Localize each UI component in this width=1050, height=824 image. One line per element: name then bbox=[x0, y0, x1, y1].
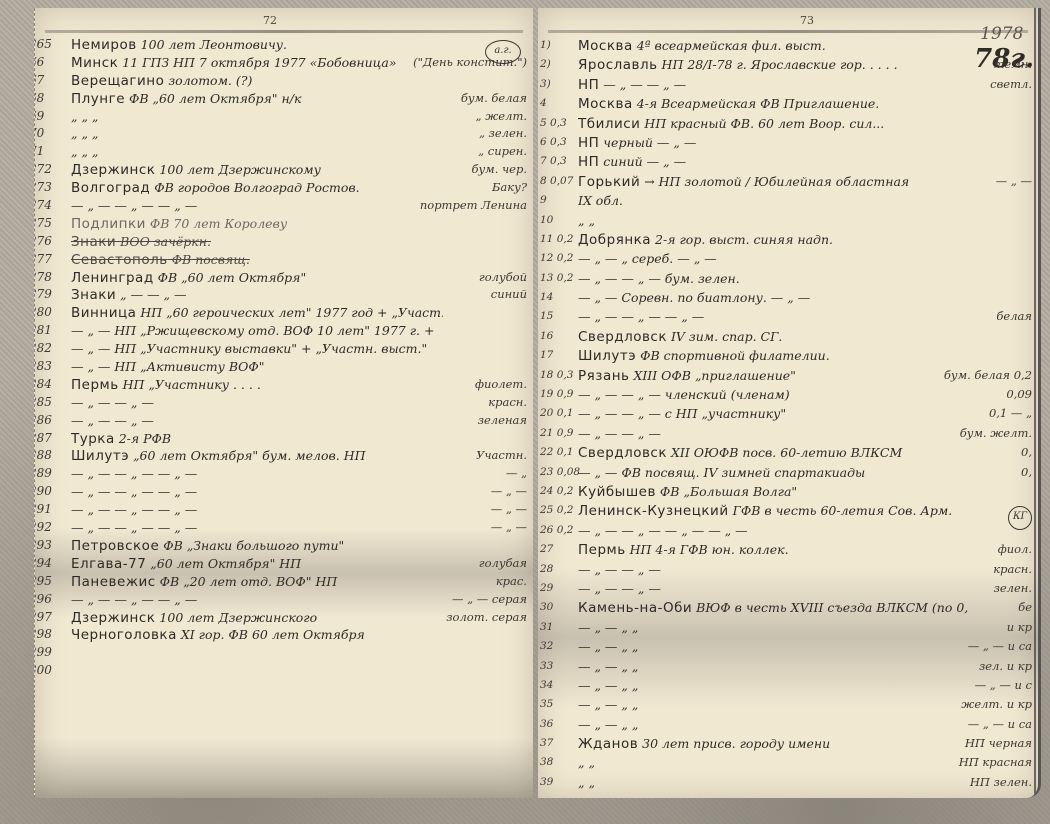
row-text: — „ — — „ — — „ — bbox=[71, 483, 443, 501]
row-text: НП — „ — — „ — bbox=[578, 75, 968, 95]
ledger-row: 280Винница НП „60 героических лет" 1977 … bbox=[59, 304, 533, 322]
row-number: 291 bbox=[34, 501, 69, 519]
row-text: — „ — НП „Активисту ВОФ" bbox=[71, 358, 443, 376]
row-number: 283 bbox=[34, 358, 69, 376]
row-text: — „ — — „ — bbox=[578, 579, 968, 598]
ledger-row: 297Дзержинск 100 лет Дзержинскогозолот. … bbox=[59, 609, 533, 627]
ledger-row: 276Знаки ВОО зачёркн. bbox=[59, 233, 533, 251]
row-number: 15 bbox=[540, 307, 578, 326]
row-number: 284 bbox=[34, 376, 69, 394]
row-text: Ярославль НП 28/I-78 г. Ярославские гор.… bbox=[578, 55, 968, 75]
row-note: Баку? bbox=[492, 179, 527, 197]
row-text: Плунге ФВ „60 лет Октября" н/к bbox=[71, 90, 443, 109]
row-number: 285 bbox=[34, 394, 69, 412]
row-note: „ сирен. bbox=[478, 143, 527, 161]
row-note: бе bbox=[1018, 598, 1032, 617]
row-text: Горький → НП золотой / Юбилейная областн… bbox=[578, 172, 968, 192]
row-note: — „ — bbox=[491, 501, 527, 519]
row-note: — „ — и с bbox=[975, 676, 1032, 695]
right-page: 73 1978 78г. КГ 1)Москва 4ª всеармейская… bbox=[538, 8, 1041, 798]
ledger-row: 1)Москва 4ª всеармейская фил. выст. bbox=[538, 36, 1038, 55]
row-text: Петровское ФВ „Знаки большого пути" bbox=[71, 537, 443, 556]
row-text: Подлипки ФВ 70 лет Королеву bbox=[71, 215, 443, 234]
row-note: белая bbox=[996, 307, 1032, 326]
row-text: Знаки ВОО зачёркн. bbox=[71, 233, 443, 252]
row-note: — „ bbox=[506, 465, 527, 483]
ledger-row: 298Черноголовка XI гор. ФВ 60 лет Октябр… bbox=[59, 626, 533, 644]
row-number: 293 bbox=[34, 537, 69, 555]
ledger-row: 17Шилутэ ФВ спортивной филателии. bbox=[538, 346, 1038, 365]
row-number: 4 bbox=[540, 94, 578, 113]
row-number: 286 bbox=[34, 412, 69, 430]
ledger-row: 38„ „НП красная bbox=[538, 753, 1038, 772]
row-text: Винница НП „60 героических лет" 1977 год… bbox=[71, 304, 443, 323]
row-text: Елгава-77 „60 лет Октября" НП bbox=[71, 555, 443, 574]
row-note: зеленая bbox=[478, 412, 527, 430]
row-number: 294 bbox=[34, 555, 69, 573]
row-number: 67 bbox=[34, 72, 69, 90]
row-note: НП красная bbox=[959, 753, 1032, 772]
row-number: 33 bbox=[540, 657, 578, 676]
row-number: 8 0,07 bbox=[540, 172, 578, 191]
row-number: 10 bbox=[540, 211, 578, 230]
row-note: НП черная bbox=[965, 734, 1032, 753]
row-number: 20 0,1 bbox=[540, 404, 578, 423]
row-number: 273 bbox=[34, 179, 69, 197]
row-text: — „ — „ сереб. — „ — bbox=[578, 249, 968, 268]
row-note: — „ — bbox=[491, 519, 527, 537]
ledger-row: 27Пермь НП 4-я ГФВ юн. коллек.фиол. bbox=[538, 540, 1038, 559]
ledger-row: 4Москва 4-я Всеармейская ФВ Приглашение. bbox=[538, 94, 1038, 113]
row-number: 14 bbox=[540, 288, 578, 307]
row-number: 68 bbox=[34, 90, 69, 108]
row-note: бум. чер. bbox=[471, 161, 527, 179]
row-note: 0, bbox=[1021, 443, 1032, 462]
row-text: — „ — Соревн. по биатлону. — „ — bbox=[578, 288, 968, 307]
ledger-row: 292— „ — — „ — — „ —— „ — bbox=[59, 519, 533, 537]
ledger-row: 274— „ — — „ — — „ —портрет Ленина bbox=[59, 197, 533, 215]
row-number: 28 bbox=[540, 560, 578, 579]
row-text: Камень-на-Оби ВЮФ в честь XVIII съезда В… bbox=[578, 598, 968, 618]
ledger-row: 6 0,3НП черный — „ — bbox=[538, 133, 1038, 152]
row-text: — „ — — „ — — „ — bbox=[71, 501, 443, 519]
ledger-row: 37Жданов 30 лет присв. городу имениНП че… bbox=[538, 734, 1038, 753]
row-note: — „ — bbox=[996, 172, 1032, 191]
ledger-row: 277Севастополь ФВ посвящ. bbox=[59, 251, 533, 269]
row-number: 289 bbox=[34, 465, 69, 483]
row-text: Москва 4ª всеармейская фил. выст. bbox=[578, 36, 968, 56]
row-text: — „ — — „ — bbox=[71, 412, 443, 430]
ledger-row: 10„ „ bbox=[538, 211, 1038, 230]
row-text: Дзержинск 100 лет Дзержинскому bbox=[71, 161, 443, 180]
row-number: 278 bbox=[34, 269, 69, 287]
ledger-row: 278Ленинград ФВ „60 лет Октября"голубой bbox=[59, 269, 533, 287]
ledger-row: 272Дзержинск 100 лет Дзержинскомубум. че… bbox=[59, 161, 533, 179]
row-text: — „ — ФВ посвящ. IV зимней спартакиады bbox=[578, 463, 968, 482]
row-number: 274 bbox=[34, 197, 69, 215]
ledger-row: 12 0,2— „ — „ сереб. — „ — bbox=[538, 249, 1038, 268]
row-text: НП черный — „ — bbox=[578, 133, 968, 153]
row-text: Шилутэ ФВ спортивной филателии. bbox=[578, 346, 968, 366]
row-number: 12 0,2 bbox=[540, 249, 578, 268]
row-number: 295 bbox=[34, 573, 69, 591]
row-number: 7 0,3 bbox=[540, 152, 578, 171]
ledger-row: 2)Ярославль НП 28/I-78 г. Ярославские го… bbox=[538, 55, 1038, 74]
row-text: Жданов 30 лет присв. городу имени bbox=[578, 734, 968, 754]
row-note: зелен. bbox=[994, 579, 1032, 598]
row-note: 0, bbox=[1021, 463, 1032, 482]
row-note: бум. желт. bbox=[960, 424, 1032, 443]
row-text: — „ — „ „ bbox=[578, 657, 968, 676]
row-number: 298 bbox=[34, 626, 69, 644]
top-rule bbox=[548, 30, 1028, 33]
row-text: „ „ bbox=[578, 211, 968, 230]
ledger-row: 289— „ — — „ — — „ —— „ bbox=[59, 465, 533, 483]
row-text: „ „ „ bbox=[71, 143, 443, 161]
row-note: 0,1 — „ bbox=[989, 404, 1032, 423]
row-text: — „ — — „ — членский (членам) bbox=[578, 385, 968, 404]
ledger-row: 67Верещагино золотом. (?) bbox=[59, 72, 533, 90]
ledger-row: 7 0,3НП синий — „ — bbox=[538, 152, 1038, 171]
row-note: „ зелен. bbox=[479, 125, 527, 143]
row-number: 5 0,3 bbox=[540, 114, 578, 133]
row-number: 21 0,9 bbox=[540, 424, 578, 443]
row-number: 265 bbox=[34, 36, 69, 54]
ledger-row: 283— „ — НП „Активисту ВОФ" bbox=[59, 358, 533, 376]
row-number: 37 bbox=[540, 734, 578, 753]
row-text: Добрянка 2-я гор. выст. синяя надп. bbox=[578, 230, 968, 250]
row-text: Минск 11 ГПЗ НП 7 октября 1977 «Бобовниц… bbox=[71, 54, 443, 73]
ledger-row: 8 0,07Горький → НП золотой / Юбилейная о… bbox=[538, 172, 1038, 191]
row-text: Ленинград ФВ „60 лет Октября" bbox=[71, 269, 443, 288]
row-number: 300 bbox=[34, 662, 69, 680]
row-number: 1) bbox=[540, 36, 578, 55]
row-note: — „ — и са bbox=[968, 637, 1032, 656]
row-note: и кр bbox=[1007, 618, 1032, 637]
row-number: 277 bbox=[34, 251, 69, 269]
row-number: 71 bbox=[34, 143, 69, 161]
row-number: 31 bbox=[540, 618, 578, 637]
page-number: 72 bbox=[263, 14, 277, 27]
row-text: Рязань XIII ОФВ „приглашение" bbox=[578, 366, 968, 386]
ledger-row: 14— „ — Соревн. по биатлону. — „ — bbox=[538, 288, 1038, 307]
ledger-row: 39„ „НП зелен. bbox=[538, 773, 1038, 792]
row-text: Свердловск IV зим. спар. СГ. bbox=[578, 327, 968, 347]
row-number: 29 bbox=[540, 579, 578, 598]
ledger-row: 286— „ — — „ —зеленая bbox=[59, 412, 533, 430]
ledger-row: 299 bbox=[59, 644, 533, 662]
row-number: 275 bbox=[34, 215, 69, 233]
row-number: 23 0,08 bbox=[540, 463, 578, 482]
ledger-row: 23 0,08— „ — ФВ посвящ. IV зимней спарта… bbox=[538, 463, 1038, 482]
row-number: 69 bbox=[34, 108, 69, 126]
row-number: 19 0,9 bbox=[540, 385, 578, 404]
ledger-row: 294Елгава-77 „60 лет Октября" НПголубая bbox=[59, 555, 533, 573]
ledger-row: 15— „ — — „ — — „ —белая bbox=[538, 307, 1038, 326]
row-note: бум. белая bbox=[461, 90, 527, 108]
row-number: 3) bbox=[540, 75, 578, 94]
row-number: 26 0,2 bbox=[540, 521, 578, 540]
row-text: „ „ „ bbox=[71, 108, 443, 126]
ledger-row: 71„ „ „„ сирен. bbox=[59, 143, 533, 161]
ledger-row: 5 0,3Тбилиси НП красный ФВ. 60 лет Воор.… bbox=[538, 114, 1038, 133]
row-note: „ желт. bbox=[476, 108, 527, 126]
row-text: — „ — — „ — бум. зелен. bbox=[578, 269, 968, 288]
top-rule bbox=[45, 30, 523, 33]
row-number: 6 0,3 bbox=[540, 133, 578, 152]
row-text: — „ — — „ — bbox=[578, 424, 968, 443]
row-number: 39 bbox=[540, 773, 578, 792]
row-number: 36 bbox=[540, 715, 578, 734]
ledger-row: 35— „ — „ „желт. и кр bbox=[538, 695, 1038, 714]
scan-shadow bbox=[35, 738, 533, 798]
row-number: 38 bbox=[540, 753, 578, 772]
row-note: бум. белая 0,2 bbox=[944, 366, 1032, 385]
ledger-row: 30Камень-на-Оби ВЮФ в честь XVIII съезда… bbox=[538, 598, 1038, 617]
row-text: — „ — — „ — — „ — — „ — bbox=[578, 521, 968, 540]
row-note: красн. bbox=[993, 560, 1032, 579]
row-note: крас. bbox=[496, 573, 527, 591]
row-note: фиол. bbox=[998, 540, 1032, 559]
ledger-row: 29— „ — — „ —зелен. bbox=[538, 579, 1038, 598]
row-note: красн. bbox=[488, 394, 527, 412]
ledger-row: 70„ „ „„ зелен. bbox=[59, 125, 533, 143]
ledger-row: 300 bbox=[59, 662, 533, 680]
ledger-row: 11 0,2Добрянка 2-я гор. выст. синяя надп… bbox=[538, 230, 1038, 249]
row-text: Москва 4-я Всеармейская ФВ Приглашение. bbox=[578, 94, 968, 114]
ledger-row: 31— „ — „ „и кр bbox=[538, 618, 1038, 637]
row-note: светл. bbox=[990, 75, 1032, 94]
row-text: Шилутэ „60 лет Октября" бум. мелов. НП bbox=[71, 447, 443, 466]
ledger-row: 285— „ — — „ —красн. bbox=[59, 394, 533, 412]
row-number: 287 bbox=[34, 430, 69, 448]
ledger-row: 68Плунге ФВ „60 лет Октября" н/кбум. бел… bbox=[59, 90, 533, 108]
row-text: — „ — — „ — — „ — bbox=[71, 519, 443, 537]
ledger-row: 287Турка 2-я РФВ bbox=[59, 430, 533, 448]
ledger-row: 9IX обл. bbox=[538, 191, 1038, 210]
row-text: Свердловск XII ОЮФВ посв. 60-летию ВЛКСМ bbox=[578, 443, 968, 463]
ledger-row: 288Шилутэ „60 лет Октября" бум. мелов. Н… bbox=[59, 447, 533, 465]
row-note: темн. bbox=[994, 55, 1032, 74]
row-number: 13 0,2 bbox=[540, 269, 578, 288]
ledger-row: 34— „ — „ „— „ — и с bbox=[538, 676, 1038, 695]
row-number: 290 bbox=[34, 483, 69, 501]
row-text: — „ — — „ — bbox=[578, 560, 968, 579]
ledger-row: 281— „ — НП „Ржищевскому отд. ВОФ 10 лет… bbox=[59, 322, 533, 340]
row-number: 11 0,2 bbox=[540, 230, 578, 249]
page-number: 73 bbox=[800, 14, 814, 27]
row-number: 280 bbox=[34, 304, 69, 322]
row-number: 32 bbox=[540, 637, 578, 656]
ledger-row: 265Немиров 100 лет Леонтовичу. bbox=[59, 36, 533, 54]
row-number: 279 bbox=[34, 286, 69, 304]
row-number: 281 bbox=[34, 322, 69, 340]
row-number: 2) bbox=[540, 55, 578, 74]
row-number: 272 bbox=[34, 161, 69, 179]
row-note: портрет Ленина bbox=[420, 197, 527, 215]
row-note: — „ — и са bbox=[968, 715, 1032, 734]
row-text: Черноголовка XI гор. ФВ 60 лет Октября bbox=[71, 626, 443, 645]
row-number: 9 bbox=[540, 191, 578, 210]
row-text: „ „ „ bbox=[71, 125, 443, 143]
row-number: 30 bbox=[540, 598, 578, 617]
row-text: — „ — — „ — с НП „участнику" bbox=[578, 404, 968, 423]
row-number: 297 bbox=[34, 609, 69, 627]
ledger-row: 19 0,9— „ — — „ — членский (членам)0,09 bbox=[538, 385, 1038, 404]
row-text: Знаки „ — — „ — bbox=[71, 286, 443, 305]
row-note: ("День констит.") bbox=[413, 54, 527, 72]
row-text: — „ — „ „ bbox=[578, 676, 968, 695]
ledger-row: 279Знаки „ — — „ —синий bbox=[59, 286, 533, 304]
row-note: голубой bbox=[479, 269, 527, 287]
row-note: Участн. bbox=[476, 447, 527, 465]
row-note: — „ — серая bbox=[452, 591, 527, 609]
row-text: Пермь НП 4-я ГФВ юн. коллек. bbox=[578, 540, 968, 560]
ledger-row: 33— „ — „ „зел. и кр bbox=[538, 657, 1038, 676]
ledger-row: 66Минск 11 ГПЗ НП 7 октября 1977 «Бобовн… bbox=[59, 54, 533, 72]
row-note: голубая bbox=[479, 555, 527, 573]
ledger-row: 273Волгоград ФВ городов Волгоград Ростов… bbox=[59, 179, 533, 197]
ledger-row: 284Пермь НП „Участнику . . . .фиолет. bbox=[59, 376, 533, 394]
row-text: Ленинск-Кузнецкий ГФВ в честь 60-летия С… bbox=[578, 501, 968, 521]
ledger-row: 28— „ — — „ —красн. bbox=[538, 560, 1038, 579]
row-text: — „ — НП „Участнику выставки" + „Участн.… bbox=[71, 340, 443, 358]
row-text: „ „ bbox=[578, 773, 968, 792]
row-note: фиолет. bbox=[475, 376, 527, 394]
row-number: 296 bbox=[34, 591, 69, 609]
row-number: 18 0,3 bbox=[540, 366, 578, 385]
row-text: — „ — „ „ bbox=[578, 695, 968, 714]
row-text: Куйбышев ФВ „Большая Волга" bbox=[578, 482, 968, 502]
ledger-row: 290— „ — — „ — — „ —— „ — bbox=[59, 483, 533, 501]
row-text: — „ — НП „Ржищевскому отд. ВОФ 10 лет" 1… bbox=[71, 322, 443, 340]
ledger-row: 291— „ — — „ — — „ —— „ — bbox=[59, 501, 533, 519]
row-number: 276 bbox=[34, 233, 69, 251]
ledger-row: 3)НП — „ — — „ —светл. bbox=[538, 75, 1038, 94]
row-note: золот. серая bbox=[446, 609, 527, 627]
row-text: — „ — — „ — — „ — bbox=[71, 591, 443, 609]
ledger-row: 20 0,1— „ — — „ — с НП „участнику"0,1 — … bbox=[538, 404, 1038, 423]
ledger-row: 295Паневежис ФВ „20 лет отд. ВОФ" НПкрас… bbox=[59, 573, 533, 591]
row-text: НП синий — „ — bbox=[578, 152, 968, 172]
row-number: 66 bbox=[34, 54, 69, 72]
row-text: — „ — „ „ bbox=[578, 618, 968, 637]
row-text: — „ — „ „ bbox=[578, 637, 968, 656]
row-number: 288 bbox=[34, 447, 69, 465]
row-text: Пермь НП „Участнику . . . . bbox=[71, 376, 443, 395]
row-text: — „ — — „ — — „ — bbox=[71, 465, 443, 483]
row-number: 24 0,2 bbox=[540, 482, 578, 501]
row-number: 34 bbox=[540, 676, 578, 695]
ledger-row: 22 0,1Свердловск XII ОЮФВ посв. 60-летию… bbox=[538, 443, 1038, 462]
ledger-row: 26 0,2— „ — — „ — — „ — — „ — bbox=[538, 521, 1038, 540]
row-note: синий bbox=[491, 286, 527, 304]
row-number: 25 0,2 bbox=[540, 501, 578, 520]
ledger-row: 13 0,2— „ — — „ — бум. зелен. bbox=[538, 269, 1038, 288]
row-text: — „ — „ „ bbox=[578, 715, 968, 734]
row-text: IX обл. bbox=[578, 191, 968, 210]
row-note: — „ — bbox=[491, 483, 527, 501]
ledger-row: 18 0,3Рязань XIII ОФВ „приглашение"бум. … bbox=[538, 366, 1038, 385]
row-number: 27 bbox=[540, 540, 578, 559]
row-number: 35 bbox=[540, 695, 578, 714]
row-number: 22 0,1 bbox=[540, 443, 578, 462]
row-text: — „ — — „ — — „ — bbox=[578, 307, 968, 326]
row-number: 17 bbox=[540, 346, 578, 365]
row-note: зел. и кр bbox=[979, 657, 1032, 676]
ledger-row: 16Свердловск IV зим. спар. СГ. bbox=[538, 327, 1038, 346]
row-text: Волгоград ФВ городов Волгоград Ростов. bbox=[71, 179, 443, 198]
row-text: Верещагино золотом. (?) bbox=[71, 72, 443, 91]
row-number: 70 bbox=[34, 125, 69, 143]
row-text: Паневежис ФВ „20 лет отд. ВОФ" НП bbox=[71, 573, 443, 592]
row-number: 299 bbox=[34, 644, 69, 662]
ledger-row: 275Подлипки ФВ 70 лет Королеву bbox=[59, 215, 533, 233]
row-text: — „ — — „ — bbox=[71, 394, 443, 412]
ledger-row: 296— „ — — „ — — „ —— „ — серая bbox=[59, 591, 533, 609]
row-note: желт. и кр bbox=[961, 695, 1032, 714]
row-number: 282 bbox=[34, 340, 69, 358]
row-text: Дзержинск 100 лет Дзержинского bbox=[71, 609, 443, 628]
row-text: — „ — — „ — — „ — bbox=[71, 197, 443, 215]
row-text: Турка 2-я РФВ bbox=[71, 430, 443, 449]
ledger-row: 293Петровское ФВ „Знаки большого пути" bbox=[59, 537, 533, 555]
left-page: 72 а.г. 265Немиров 100 лет Леонтовичу.66… bbox=[34, 8, 533, 798]
ledger-row: 25 0,2Ленинск-Кузнецкий ГФВ в честь 60-л… bbox=[538, 501, 1038, 520]
row-text: Севастополь ФВ посвящ. bbox=[71, 251, 443, 270]
row-text: Немиров 100 лет Леонтовичу. bbox=[71, 36, 443, 55]
ledger-row: 282— „ — НП „Участнику выставки" + „Учас… bbox=[59, 340, 533, 358]
row-number: 292 bbox=[34, 519, 69, 537]
ledger-row: 24 0,2Куйбышев ФВ „Большая Волга" bbox=[538, 482, 1038, 501]
row-note: НП зелен. bbox=[970, 773, 1032, 792]
row-text: Тбилиси НП красный ФВ. 60 лет Воор. сил.… bbox=[578, 114, 968, 134]
ledger-rows: 265Немиров 100 лет Леонтовичу.66Минск 11… bbox=[59, 36, 533, 680]
ledger-row: 21 0,9— „ — — „ —бум. желт. bbox=[538, 424, 1038, 443]
ledger-row: 36— „ — „ „— „ — и са bbox=[538, 715, 1038, 734]
row-number: 16 bbox=[540, 327, 578, 346]
ledger-row: 32— „ — „ „— „ — и са bbox=[538, 637, 1038, 656]
ledger-rows: 1)Москва 4ª всеармейская фил. выст.2)Яро… bbox=[538, 36, 1038, 792]
row-text: „ „ bbox=[578, 753, 968, 772]
row-note: 0,09 bbox=[1006, 385, 1032, 404]
ledger-row: 69„ „ „„ желт. bbox=[59, 108, 533, 126]
